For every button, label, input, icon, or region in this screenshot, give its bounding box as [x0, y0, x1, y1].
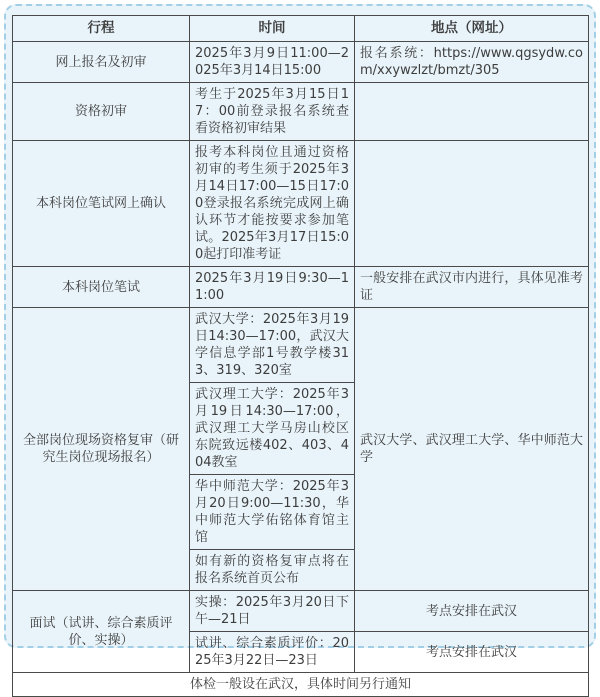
time-cell: 实操：2025年3月20日下午—21日 — [190, 591, 355, 632]
trip-cell: 本科岗位笔试网上确认 — [13, 141, 190, 267]
trip-cell: 网上报名及初审 — [13, 42, 190, 83]
table-row: 网上报名及初审 2025年3月9日11:00—2025年3月14日15:00 报… — [13, 42, 589, 83]
trip-cell: 全部岗位现场资格复审（研究生岗位现场报名） — [13, 308, 190, 591]
col-header-time: 时间 — [190, 16, 355, 42]
time-cell: 武汉理工大学：2025年3月19日14:30—17:00，武汉理工大学马房山校区… — [190, 383, 355, 475]
col-header-trip: 行程 — [13, 16, 190, 42]
notice-row: 体检一般设在武汉，具体时间另行通知 — [13, 673, 589, 697]
time-cell: 试讲、综合素质评价：2025年3月22日—23日 — [190, 632, 355, 673]
schedule-table: 行程 时间 地点（网址） 网上报名及初审 2025年3月9日11:00—2025… — [12, 15, 589, 697]
time-cell: 如有新的资格复审点将在报名系统首页公布 — [190, 550, 355, 591]
trip-cell: 资格初审 — [13, 83, 190, 141]
schedule-panel: 行程 时间 地点（网址） 网上报名及初审 2025年3月9日11:00—2025… — [4, 4, 596, 648]
time-cell: 2025年3月19日9:30—11:00 — [190, 267, 355, 308]
time-cell: 武汉大学：2025年3月19日14:30—17:00，武汉大学信息学部1号教学楼… — [190, 308, 355, 383]
table-row: 全部岗位现场资格复审（研究生岗位现场报名） 武汉大学：2025年3月19日14:… — [13, 308, 589, 383]
trip-cell: 面试（试讲、综合素质评价、实操） — [13, 591, 190, 673]
time-cell: 华中师范大学：2025年3月20日9:00—11:30，华中师范大学佑铭体育馆主… — [190, 475, 355, 550]
place-cell: 武汉大学、武汉理工大学、华中师范大学 — [355, 308, 589, 591]
table-row: 资格初审 考生于2025年3月15日17：00前登录报名系统查看资格初审结果 — [13, 83, 589, 141]
col-header-place: 地点（网址） — [355, 16, 589, 42]
time-cell: 2025年3月9日11:00—2025年3月14日15:00 — [190, 42, 355, 83]
time-cell: 报考本科岗位且通过资格初审的考生须于2025年3月14日17:00—15日17:… — [190, 141, 355, 267]
trip-cell: 本科岗位笔试 — [13, 267, 190, 308]
table-row: 面试（试讲、综合素质评价、实操） 实操：2025年3月20日下午—21日 考点安… — [13, 591, 589, 632]
table-row: 本科岗位笔试 2025年3月19日9:30—11:00 一般安排在武汉市内进行，… — [13, 267, 589, 308]
notice-cell: 体检一般设在武汉，具体时间另行通知 — [13, 673, 589, 697]
place-cell — [355, 141, 589, 267]
table-row: 本科岗位笔试网上确认 报考本科岗位且通过资格初审的考生须于2025年3月14日1… — [13, 141, 589, 267]
place-cell: 报名系统：https://www.qgsydw.com/xxywzlzt/bmz… — [355, 42, 589, 83]
place-cell: 考点安排在武汉 — [355, 632, 589, 673]
place-cell — [355, 83, 589, 141]
place-cell: 考点安排在武汉 — [355, 591, 589, 632]
time-cell: 考生于2025年3月15日17：00前登录报名系统查看资格初审结果 — [190, 83, 355, 141]
place-cell: 一般安排在武汉市内进行，具体见准考证 — [355, 267, 589, 308]
header-row: 行程 时间 地点（网址） — [13, 16, 589, 42]
